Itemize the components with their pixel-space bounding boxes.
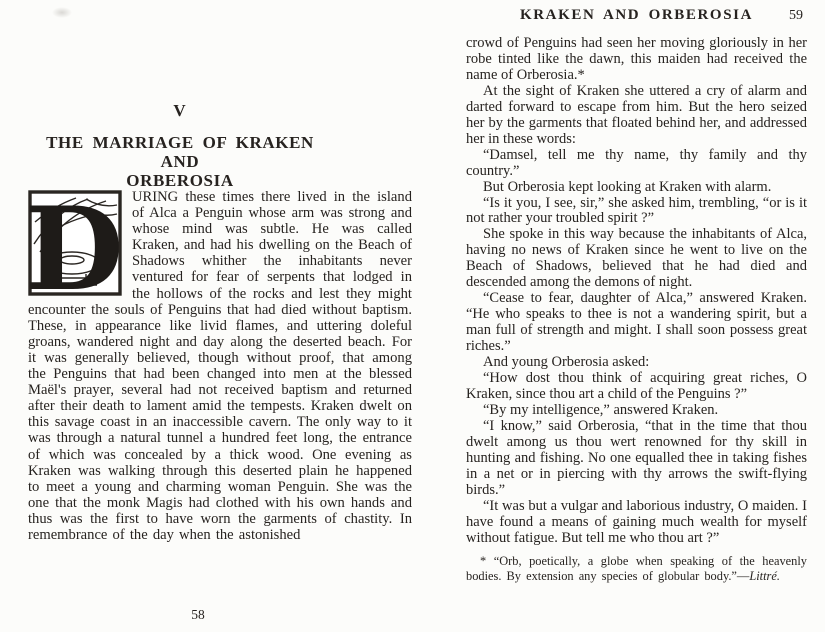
body-paragraph: “It was but a vulgar and laborious indus… bbox=[466, 499, 807, 547]
chapter-title: THE MARRIAGE OF KRAKEN AND ORBEROSIA bbox=[28, 133, 332, 190]
body-paragraph: “By my intelligence,” answered Kraken. bbox=[466, 403, 807, 419]
body-paragraph: She spoke in this way because the inhabi… bbox=[466, 227, 807, 291]
body-paragraph: And young Orberosia asked: bbox=[466, 355, 807, 371]
book-spread: { "book": { "left_page": { "chapter_numb… bbox=[0, 0, 825, 632]
chapter-title-line1: THE MARRIAGE OF KRAKEN AND bbox=[28, 133, 332, 171]
footnote-source: Littré. bbox=[749, 569, 780, 583]
body-paragraph: “How dost thou think of acquiring great … bbox=[466, 371, 807, 403]
left-page-body: D URING these times there lived in the i… bbox=[28, 189, 412, 543]
chapter-number: V bbox=[28, 101, 332, 121]
footnote: * “Orb, poetically, a globe when speakin… bbox=[466, 554, 807, 584]
body-paragraph: At the sight of Kraken she uttered a cry… bbox=[466, 84, 807, 148]
drop-cap-letter: D bbox=[28, 190, 122, 296]
drop-cap-illustration: D bbox=[28, 190, 122, 296]
left-page-number: 58 bbox=[28, 607, 368, 623]
chapter-title-line2: ORBEROSIA bbox=[28, 171, 332, 190]
chapter-heading: V THE MARRIAGE OF KRAKEN AND ORBEROSIA bbox=[28, 101, 332, 190]
running-head: KRAKEN AND ORBEROSIA bbox=[466, 7, 807, 24]
body-paragraph: “I know,” said Orberosia, “that in the t… bbox=[466, 419, 807, 499]
body-paragraph: “Cease to fear, daughter of Alca,” answe… bbox=[466, 291, 807, 355]
scan-artifact bbox=[52, 7, 72, 18]
body-paragraph: But Orberosia kept looking at Kraken wit… bbox=[466, 180, 807, 196]
drop-cap-woodcut: D bbox=[28, 190, 122, 296]
body-paragraph: “Is it you, I see, sir,” she asked him, … bbox=[466, 196, 807, 228]
right-page-body: crowd of Penguins had seen her moving gl… bbox=[466, 36, 807, 547]
right-page-number: 59 bbox=[789, 8, 803, 24]
body-paragraph: crowd of Penguins had seen her moving gl… bbox=[466, 36, 807, 84]
right-page: KRAKEN AND ORBEROSIA 59 crowd of Penguin… bbox=[466, 7, 807, 584]
body-paragraph: “Damsel, tell me thy name, thy family an… bbox=[466, 148, 807, 180]
